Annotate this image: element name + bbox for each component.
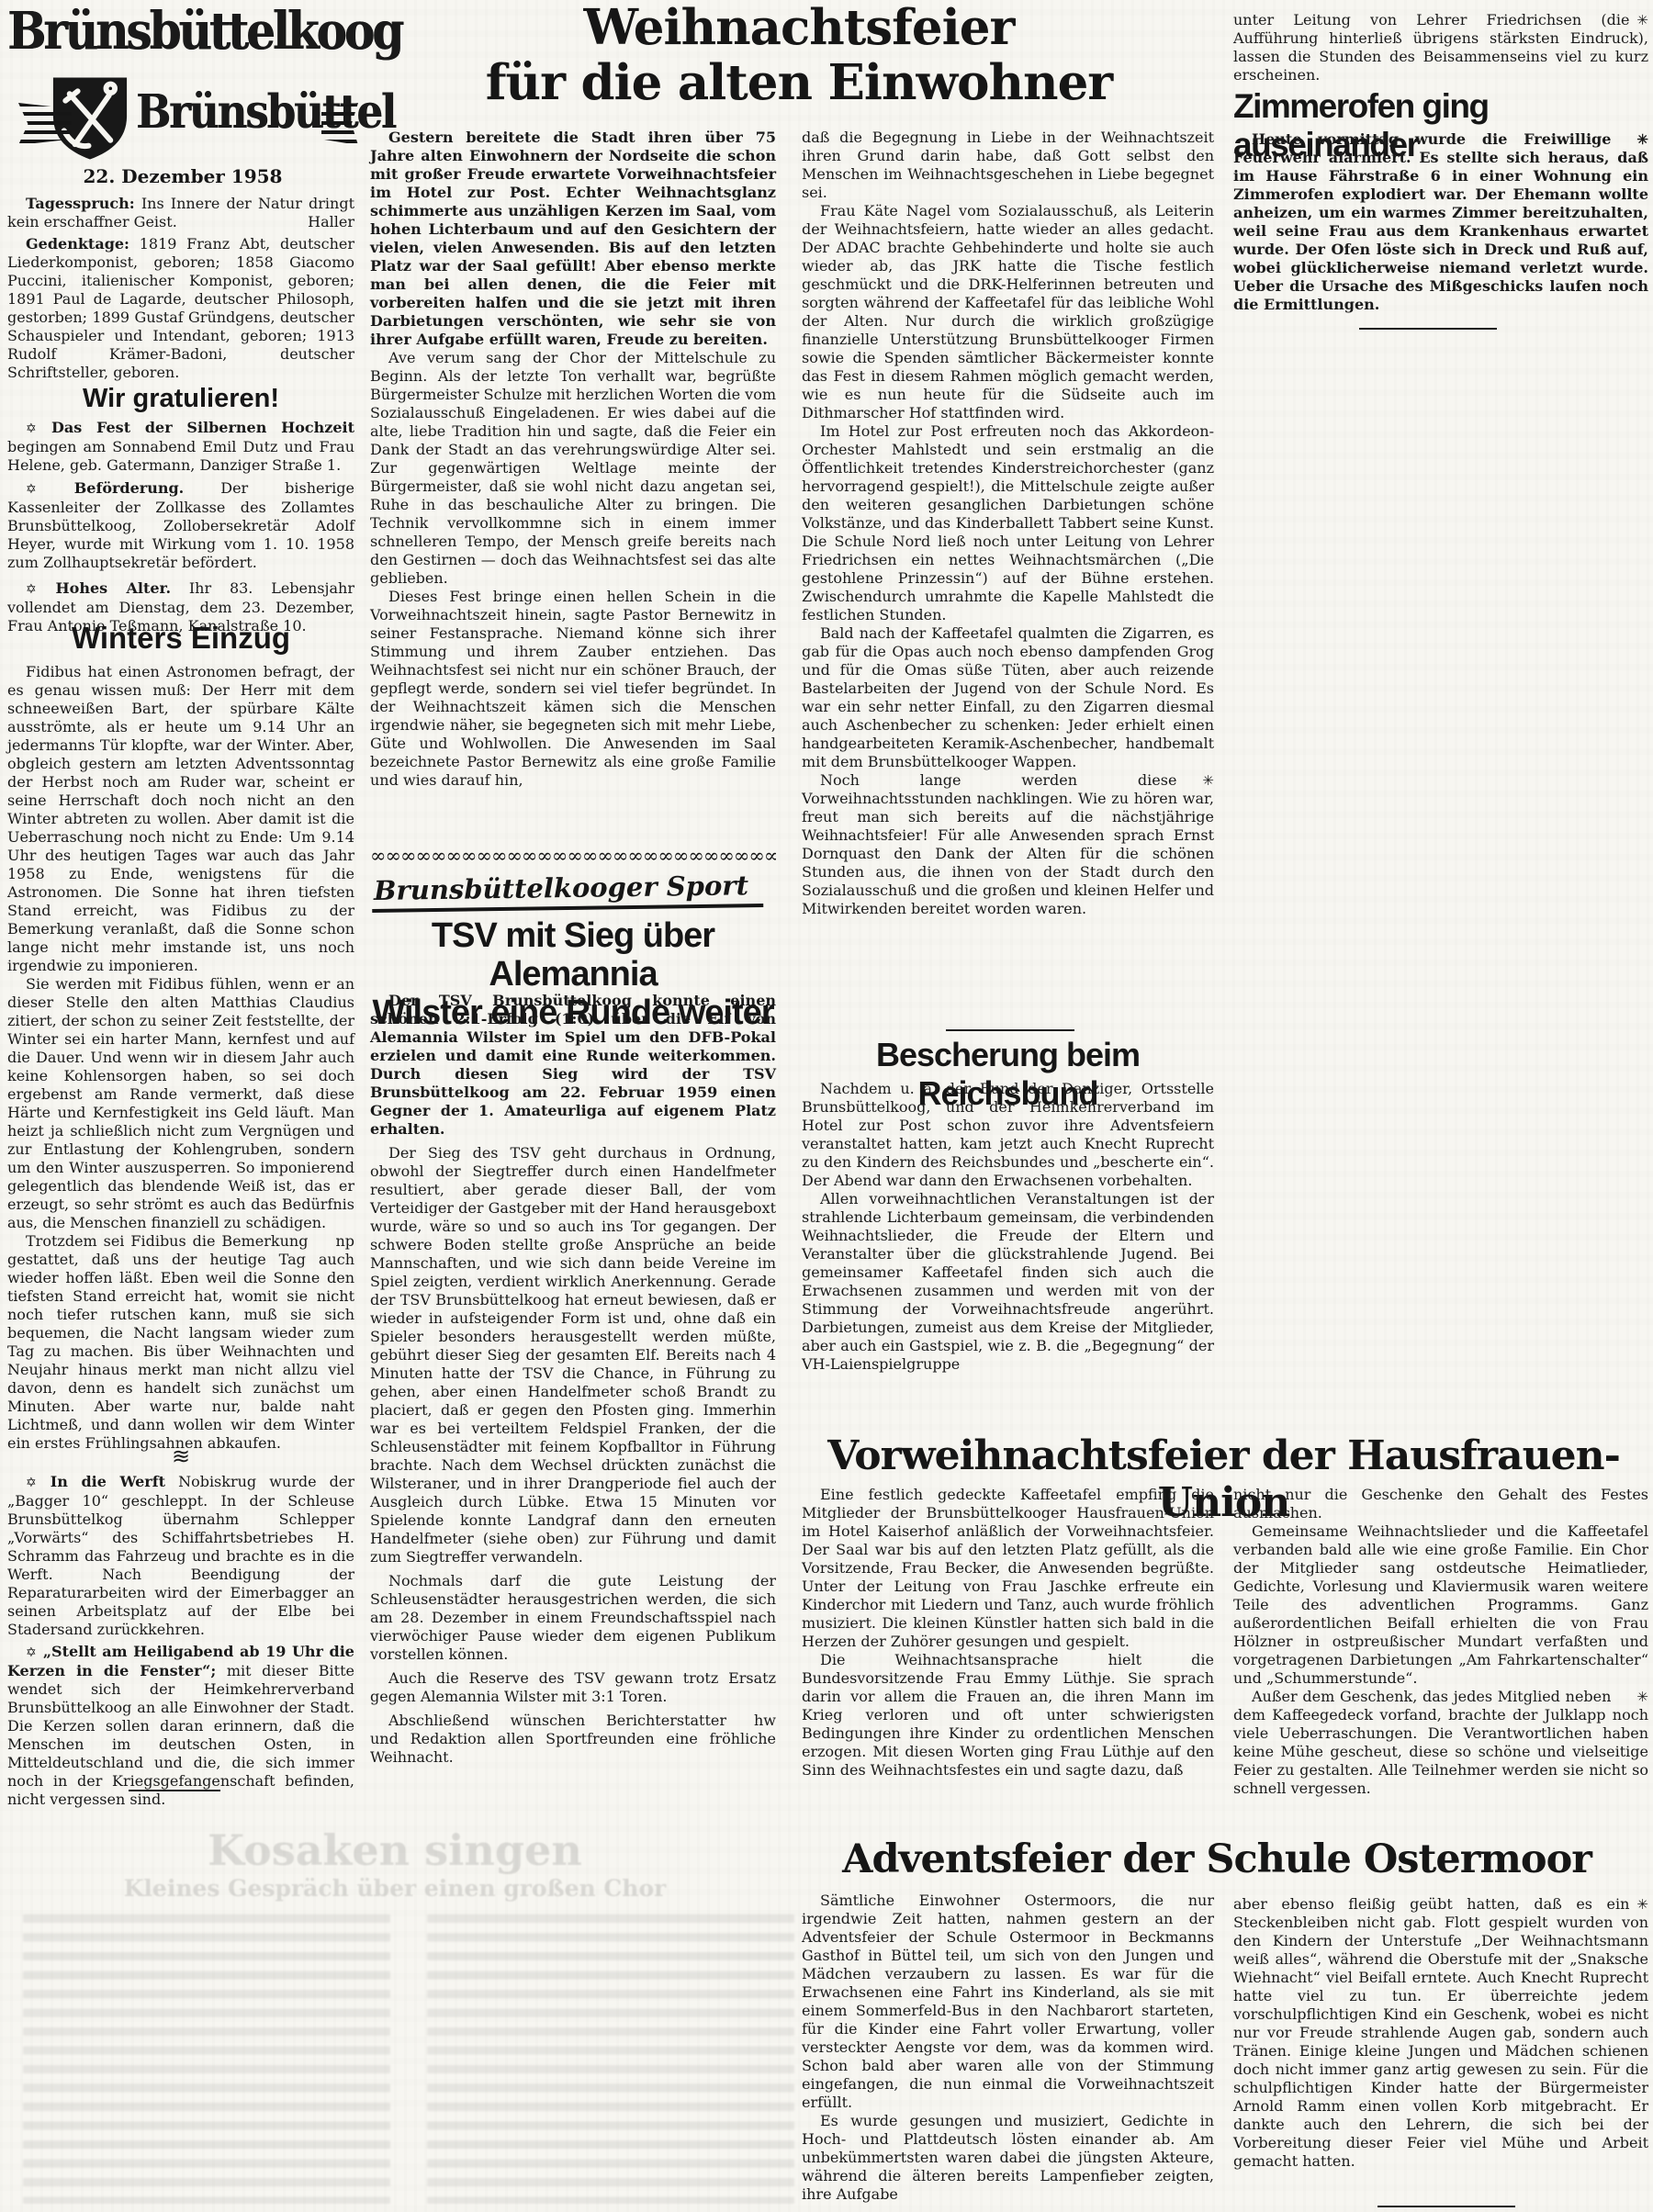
section-divider: [129, 1790, 220, 1791]
author-initials: np: [317, 1232, 354, 1251]
sport-section-label-wrap: Brunsbüttelkooger Sport: [372, 872, 763, 910]
list-item: ✡ „Stellt am Heiligabend ab 19 Uhr die K…: [7, 1643, 354, 1809]
squiggle-divider-icon: ≋: [7, 1443, 354, 1469]
paragraph: Allen vorweihnachtlichen Veranstaltungen…: [802, 1190, 1214, 1374]
paragraph: ✳aber ebenso fleißig geübt hatten, daß e…: [1233, 1895, 1648, 2171]
local-notices: ✡ In die Werft Nobiskrug wurde der „Bagg…: [7, 1473, 354, 1809]
list-item: ✡ Beförderung. Der bisherige Kassenleite…: [7, 479, 354, 572]
paragraph: ✳Noch lange werden diese Vorweihnachtsst…: [802, 771, 1214, 918]
end-of-article-star-icon: ✳: [1618, 130, 1648, 149]
paragraph: Es wurde gesungen und musiziert, Gedicht…: [802, 2112, 1214, 2204]
bleed-through-headline: Kosaken singen: [110, 1825, 680, 1875]
winter-article-body: Fidibus hat einen Astronomen befragt, de…: [7, 663, 354, 1453]
bleed-through-text-left: [23, 1914, 390, 2204]
ostermoor-headline: Adventsfeier der Schule Ostermoor: [817, 1836, 1616, 1882]
list-item: ✡ Das Fest der Silbernen Hochzeit beging…: [7, 419, 354, 475]
congratulations-heading: Wir gratulieren!: [7, 384, 354, 414]
sport-section-label: Brunsbüttelkooger Sport: [372, 870, 764, 913]
item-lead: Beförderung.: [74, 479, 185, 497]
masthead-title: Brünsbüttelkoog: [7, 5, 358, 58]
main-headline: Weihnachtsfeier für die alten Einwohner: [395, 0, 1203, 110]
housewives-article-left: Eine festlich gedeckte Kaffeetafel empfi…: [802, 1486, 1214, 1780]
paragraph: hwAbschließend wünschen Berichterstatter…: [370, 1712, 776, 1767]
end-of-article-star-icon: ✳: [1636, 1895, 1648, 1914]
ostermoor-article-right: ✳aber ebenso fleißig geübt hatten, daß e…: [1233, 1895, 1648, 2171]
paragraph: ✳Außer dem Geschenk, das jedes Mitglied …: [1233, 1688, 1648, 1798]
paragraph: Frau Käte Nagel vom Sozialausschuß, als …: [802, 202, 1214, 422]
paragraph: Im Hotel zur Post erfreuten noch das Akk…: [802, 422, 1214, 624]
memorial-days: Gedenktage: 1819 Franz Abt, deutscher Li…: [7, 235, 354, 382]
star-bullet-icon: ✡: [26, 1645, 38, 1660]
star-bullet-icon: ✡: [26, 1476, 38, 1490]
memorial-text: 1819 Franz Abt, deutscher Liederkomponis…: [7, 235, 354, 381]
newspaper-page: Kosaken singen Kleines Gespräch über ein…: [0, 0, 1653, 2212]
star-bullet-icon: ✡: [26, 582, 38, 597]
end-of-article-star-icon: ✳: [1636, 11, 1648, 29]
paragraph-text: aber ebenso fleißig geübt hatten, daß es…: [1233, 1895, 1648, 2170]
section-divider: [1377, 2206, 1515, 2207]
paragraph-text: Noch lange werden diese Vorweihnachtsstu…: [802, 771, 1214, 917]
motto-label: Tagesspruch:: [26, 195, 135, 212]
paragraph: Die Weihnachtsansprache hielt die Bundes…: [802, 1651, 1214, 1780]
section-divider: [1359, 328, 1497, 330]
main-article-col3: daß die Begegnung in Liebe in der Weihna…: [802, 129, 1214, 918]
reichsbund-article: Nachdem u. a. der Bund der Danziger, Ort…: [802, 1080, 1214, 1374]
paragraph: Gemeinsame Weihnachtslieder und die Kaff…: [1233, 1522, 1648, 1688]
end-of-article-star-icon: ✳: [1618, 1688, 1648, 1706]
paragraph: ✳unter Leitung von Lehrer Friedrichsen (…: [1233, 11, 1648, 84]
item-text: Nobiskrug wurde der „Bagger 10“ geschlep…: [7, 1473, 354, 1638]
paragraph: Fidibus hat einen Astronomen befragt, de…: [7, 663, 354, 975]
end-of-article-star-icon: ✳: [1184, 771, 1214, 790]
paragraph-text: unter Leitung von Lehrer Friedrichsen (d…: [1233, 11, 1648, 84]
sport-article: Der TSV Brunsbüttelkoog konnte einen sch…: [370, 992, 776, 1767]
paragraph-text: Trotzdem sei Fidibus die Bemerkung gesta…: [7, 1232, 354, 1452]
paragraph-text: Heute vormittag wurde die Freiwillige Fe…: [1233, 130, 1648, 313]
paragraph: Der Sieg des TSV geht durchaus in Ordnun…: [370, 1144, 776, 1566]
memorial-label: Gedenktage:: [26, 235, 129, 253]
item-lead: Hohes Alter.: [56, 579, 172, 597]
housewives-article-right: nicht nur die Geschenke den Gehalt des F…: [1233, 1486, 1648, 1798]
star-bullet-icon: ✡: [26, 482, 38, 497]
flourish-lines-icon: [18, 103, 72, 145]
paragraph: Auch die Reserve des TSV gewann trotz Er…: [370, 1669, 776, 1706]
paragraph: ✳Heute vormittag wurde die Freiwillige F…: [1233, 130, 1648, 314]
star-bullet-icon: ✡: [26, 421, 38, 436]
paragraph: Dieses Fest bringe einen hellen Schein i…: [370, 588, 776, 790]
paragraph: Nachdem u. a. der Bund der Danziger, Ort…: [802, 1080, 1214, 1190]
main-article-col2: Gestern bereitete die Stadt ihren über 7…: [370, 129, 776, 790]
author-initials: hw: [736, 1712, 776, 1730]
paragraph: Ave verum sang der Chor der Mittelschule…: [370, 349, 776, 588]
winter-article-heading: Winters Einzug: [7, 621, 354, 656]
paragraph-text: Abschließend wünschen Berichterstatter u…: [370, 1712, 776, 1766]
section-divider: [946, 1029, 1074, 1031]
paragraph: Nochmals darf die gute Leistung der Schl…: [370, 1572, 776, 1664]
sport-headline-line1: TSV mit Sieg über Alemannia: [370, 916, 776, 994]
stove-article: ✳Heute vormittag wurde die Freiwillige F…: [1233, 130, 1648, 314]
motto-author: Haller: [289, 213, 354, 231]
main-headline-line2: für die alten Einwohner: [395, 55, 1203, 110]
paragraph: Eine festlich gedeckte Kaffeetafel empfi…: [802, 1486, 1214, 1651]
item-text: mit dieser Bitte wendet sich der Heimkeh…: [7, 1662, 354, 1808]
bleed-through-subline: Kleines Gespräch über einen großen Chor: [55, 1875, 735, 1902]
paragraph: Sie werden mit Fidibus fühlen, wenn er a…: [7, 975, 354, 1232]
paragraph: nicht nur die Geschenke den Gehalt des F…: [1233, 1486, 1648, 1522]
continuation-fragment: ✳unter Leitung von Lehrer Friedrichsen (…: [1233, 11, 1648, 84]
main-headline-line1: Weihnachtsfeier: [395, 0, 1203, 55]
list-item: ✡ In die Werft Nobiskrug wurde der „Bagg…: [7, 1473, 354, 1639]
daily-motto: Tagesspruch: Ins Innere der Natur dringt…: [7, 195, 354, 231]
item-lead: In die Werft: [51, 1473, 165, 1490]
ostermoor-article-left: Sämtliche Einwohner Ostermoors, die nur …: [802, 1892, 1214, 2204]
item-text: begingen am Sonnabend Emil Dutz und Frau…: [7, 438, 354, 474]
article-intro: Der TSV Brunsbüttelkoog konnte einen sch…: [370, 992, 776, 1139]
article-intro: Gestern bereitete die Stadt ihren über 7…: [370, 129, 776, 349]
congratulations-items: ✡ Das Fest der Silbernen Hochzeit beging…: [7, 419, 354, 635]
bleed-through-text-right: [427, 1914, 794, 2204]
paragraph: Bald nach der Kaffeetafel qualmten die Z…: [802, 624, 1214, 771]
paragraph: daß die Begegnung in Liebe in der Weihna…: [802, 129, 1214, 202]
paragraph: Sämtliche Einwohner Ostermoors, die nur …: [802, 1892, 1214, 2112]
chain-divider-icon: ∞∞∞∞∞∞∞∞∞∞∞∞∞∞∞∞∞∞∞∞∞∞∞∞∞∞∞∞∞∞∞∞∞∞∞∞∞∞: [370, 846, 776, 868]
paragraph-text: Außer dem Geschenk, das jedes Mitglied n…: [1233, 1688, 1648, 1797]
paragraph: npTrotzdem sei Fidibus die Bemerkung ges…: [7, 1232, 354, 1453]
issue-date: 22. Dezember 1958: [7, 165, 358, 187]
item-lead: Das Fest der Silbernen Hochzeit: [51, 419, 354, 436]
